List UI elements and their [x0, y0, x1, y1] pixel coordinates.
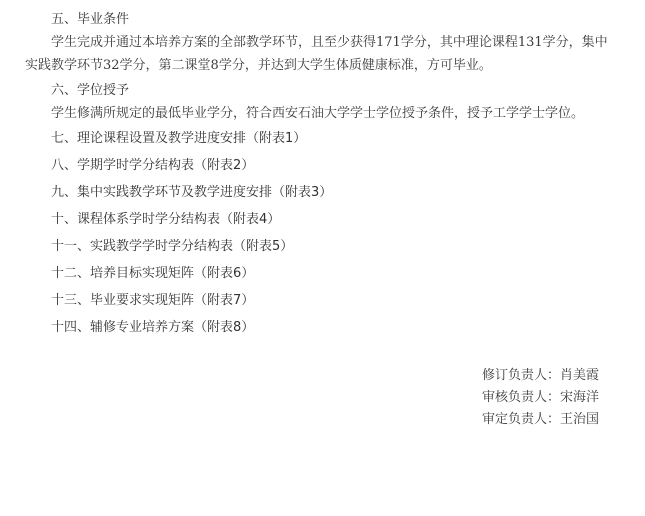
appendix-heading-5: 十一、实践教学学时学分结构表（附表5）	[51, 239, 293, 255]
signature-reviewer: 审核负责人：宋海洋	[482, 390, 599, 406]
section-heading-graduation: 五、毕业条件	[51, 12, 129, 28]
signature-approver: 审定负责人：王治国	[482, 412, 599, 428]
appendix-heading-3: 九、集中实践教学环节及教学进度安排（附表3）	[51, 185, 332, 201]
appendix-heading-7: 十三、毕业要求实现矩阵（附表7）	[51, 293, 254, 309]
appendix-heading-8: 十四、辅修专业培养方案（附表8）	[51, 320, 254, 336]
section-heading-degree: 六、学位授予	[51, 83, 129, 99]
graduation-paragraph-line-2: 实践教学环节32学分，第二课堂8学分，并达到大学生体质健康标准，方可毕业。	[25, 58, 492, 74]
signature-reviser: 修订负责人：肖美霞	[482, 368, 599, 384]
appendix-heading-1: 七、理论课程设置及教学进度安排（附表1）	[51, 131, 306, 147]
degree-paragraph: 学生修满所规定的最低毕业学分，符合西安石油大学学士学位授予条件，授予工学学士学位…	[51, 106, 584, 122]
appendix-heading-6: 十二、培养目标实现矩阵（附表6）	[51, 266, 254, 282]
graduation-paragraph-line-1: 学生完成并通过本培养方案的全部教学环节，且至少获得171学分，其中理论课程131…	[51, 35, 608, 51]
appendix-heading-4: 十、课程体系学时学分结构表（附表4）	[51, 212, 280, 228]
appendix-heading-2: 八、学期学时学分结构表（附表2）	[51, 158, 254, 174]
